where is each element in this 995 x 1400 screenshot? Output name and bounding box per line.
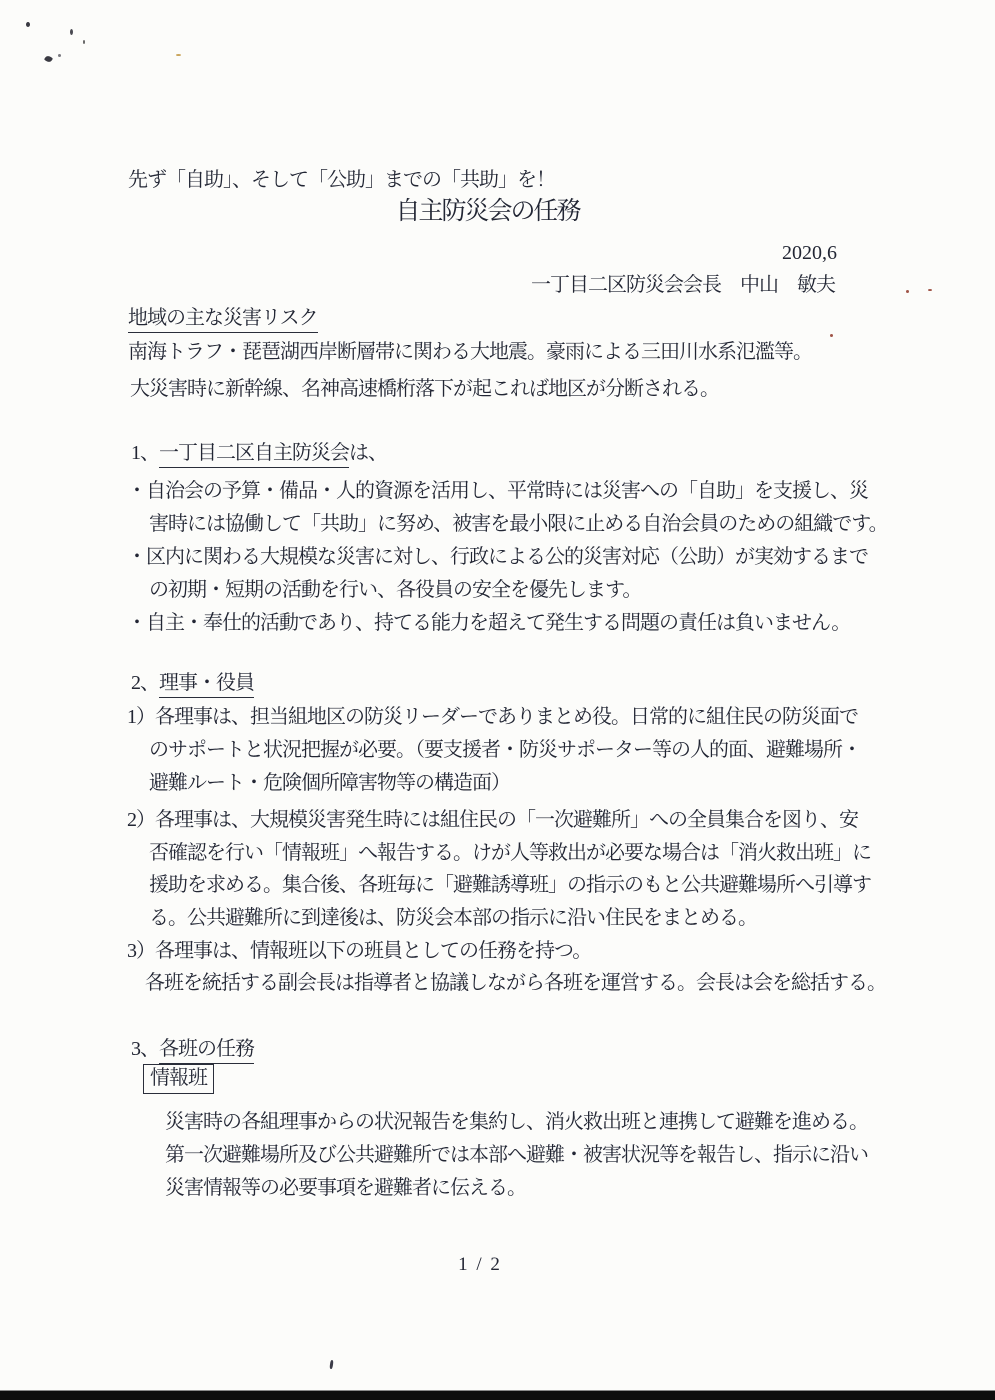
section1-heading: 1、一丁目二区自主防災会は、 bbox=[131, 441, 387, 466]
body-line: 第一次避難場所及び公共避難所では本部へ避難・被害状況等を報告し、指示に沿い bbox=[165, 1143, 868, 1168]
section1-suffix: は、 bbox=[349, 442, 387, 464]
scan-speck bbox=[830, 334, 833, 337]
section1-title: 一丁目二区自主防災会 bbox=[159, 442, 349, 468]
section2-heading: 2、理事・役員 bbox=[131, 671, 254, 696]
body-line: 3）各理事は、情報班以下の班員としての任務を持つ。 bbox=[127, 939, 591, 964]
scan-speck bbox=[44, 55, 53, 64]
body-line: 災害時の各組理事からの状況報告を集約し、消火救出班と連携して避難を進める。 bbox=[165, 1110, 868, 1135]
section3-title: 各班の任務 bbox=[159, 1038, 254, 1064]
body-line: 災害情報等の必要事項を避難者に伝える。 bbox=[165, 1176, 526, 1201]
signature-line: 一丁目二区防災会会長 中山 敏夫 bbox=[531, 273, 835, 298]
date-line: 2020,6 bbox=[782, 241, 837, 266]
body-line: ・自治会の予算・備品・人的資源を活用し、平常時には災害への「自助」を支援し、災 bbox=[127, 479, 868, 504]
section3-heading: 3、各班の任務 bbox=[131, 1037, 254, 1062]
document-title: 自主防災会の任務 bbox=[0, 196, 975, 227]
scan-speck bbox=[176, 54, 181, 56]
scan-speck bbox=[928, 289, 932, 291]
body-line: 援助を求める。集合後、各班毎に「避難誘導班」の指示のもと公共避難場所へ引導す bbox=[149, 873, 871, 898]
body-line: 避難ルート・危険個所障害物等の構造面） bbox=[149, 771, 510, 796]
scanned-document-page: 先ず「自助」、そして「公助」までの「共助」を！ 自主防災会の任務 2020,6 … bbox=[0, 0, 995, 1400]
body-line: の初期・短期の活動を行い、各役員の安全を優先します。 bbox=[149, 578, 641, 603]
risk-line: 南海トラフ・琵琶湖西岸断層帯に関わる大地震。豪雨による三田川水系氾濫等。 bbox=[128, 340, 812, 365]
scan-speck bbox=[70, 29, 73, 35]
body-line: 害時には協働して「共助」に努め、被害を最小限に止める自治会員のための組織です。 bbox=[149, 512, 888, 537]
scan-speck bbox=[906, 290, 909, 293]
risk-heading-text: 地域の主な災害リスク bbox=[128, 307, 318, 333]
body-line: のサポートと状況把握が必要。（要支援者・防災サポーター等の人的面、避難場所・ bbox=[149, 738, 861, 763]
section1-number: 1、 bbox=[131, 442, 159, 464]
scan-speck bbox=[26, 22, 30, 27]
body-line: ・区内に関わる大規模な災害に対し、行政による公的災害対応（公助）が実効するまで bbox=[127, 545, 868, 570]
scan-speck bbox=[329, 1360, 333, 1369]
section2-number: 2、 bbox=[131, 672, 159, 694]
section2-title: 理事・役員 bbox=[159, 672, 254, 698]
risk-heading: 地域の主な災害リスク bbox=[128, 306, 318, 331]
body-line: 各班を統括する副会長は指導者と協議しながら各班を運営する。会長は会を総括する。 bbox=[145, 971, 886, 996]
body-line: ・自主・奉仕的活動であり、持てる能力を超えて発生する問題の責任は負いません。 bbox=[127, 611, 850, 636]
scan-speck bbox=[58, 54, 61, 57]
page-number: 1 / 2 bbox=[0, 1253, 960, 1277]
section3-number: 3、 bbox=[131, 1038, 159, 1060]
info-team-label: 情報班 bbox=[143, 1066, 214, 1091]
body-line: 否確認を行い「情報班」へ報告する。けが人等救出が必要な場合は「消火救出班」に bbox=[149, 841, 871, 866]
body-line: 2）各理事は、大規模災害発生時には組住民の「一次避難所」への全員集合を図り、安 bbox=[127, 808, 858, 833]
scan-speck bbox=[83, 40, 85, 44]
body-line: 1）各理事は、担当組地区の防災リーダーでありまとめ役。日常的に組住民の防災面で bbox=[127, 705, 858, 730]
body-line: る。公共避難所に到達後は、防災会本部の指示に沿い住民をまとめる。 bbox=[149, 906, 757, 931]
scanner-edge-band bbox=[0, 1390, 995, 1400]
info-team-box: 情報班 bbox=[143, 1064, 214, 1094]
risk-line: 大災害時に新幹線、名神高速橋桁落下が起これば地区が分断される。 bbox=[130, 377, 719, 402]
slogan-line: 先ず「自助」、そして「公助」までの「共助」を！ bbox=[128, 168, 555, 193]
